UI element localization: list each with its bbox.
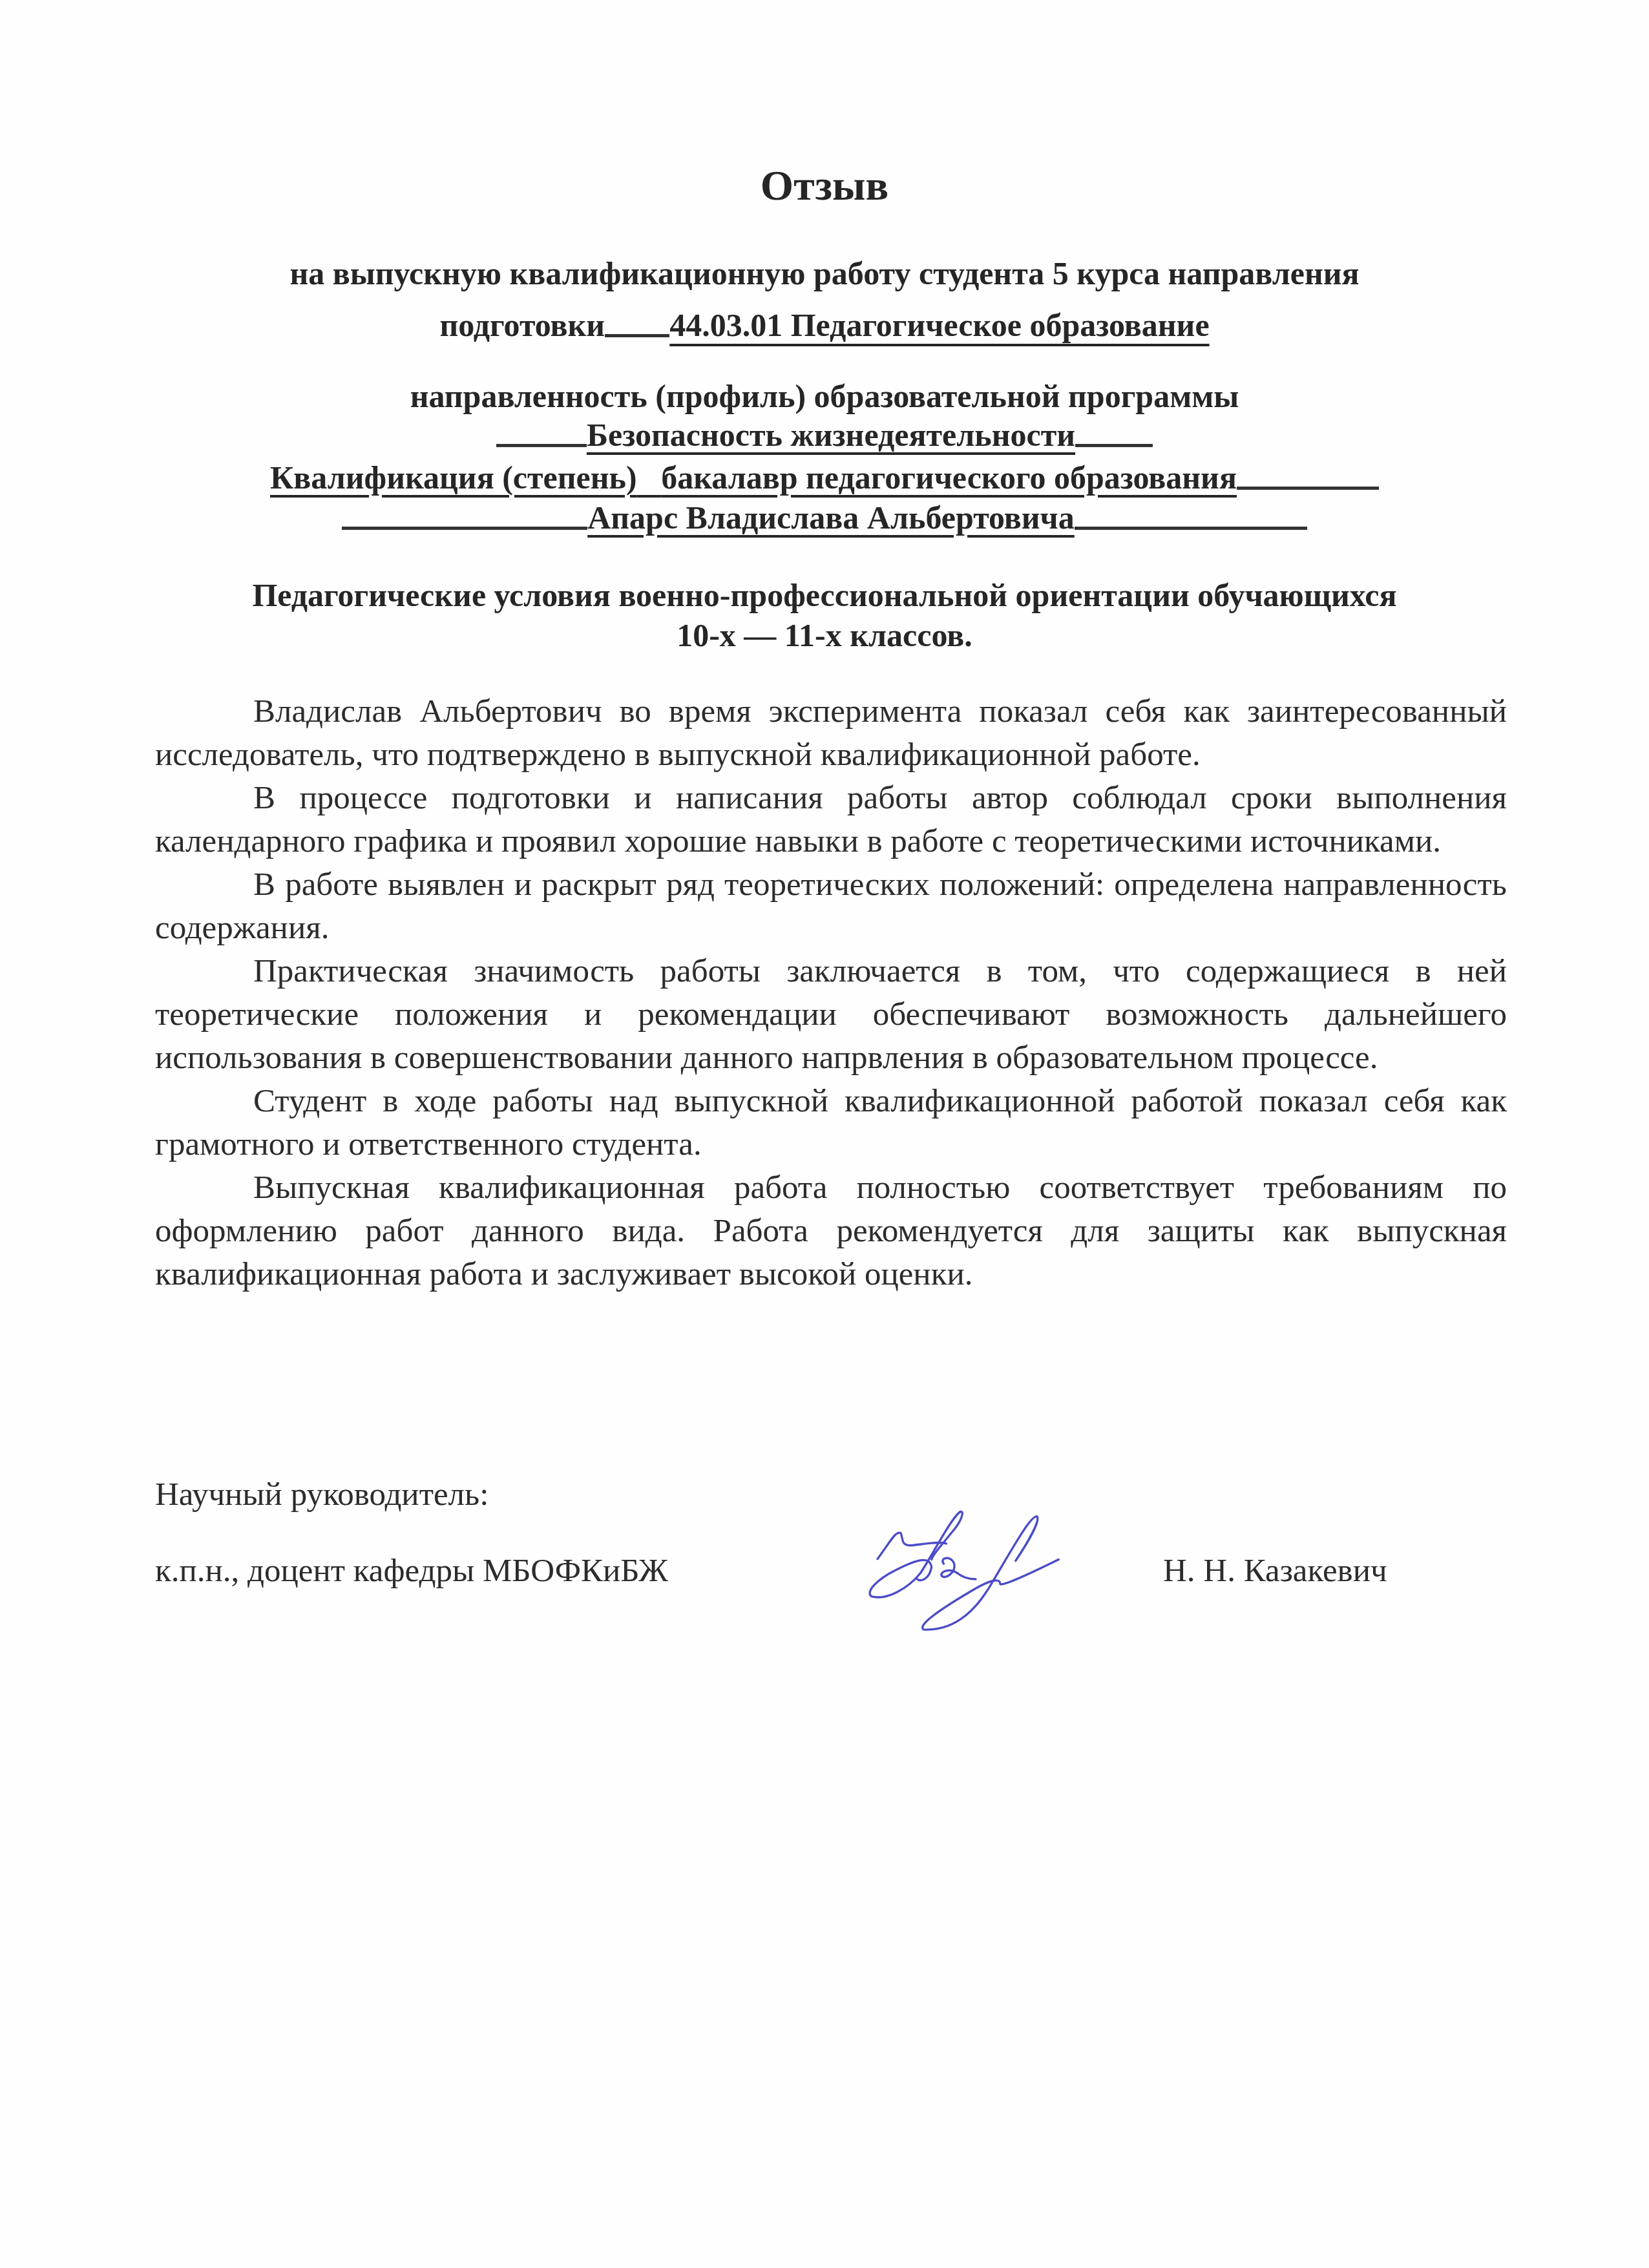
header-program-value: 44.03.01 Педагогическое образование [669,307,1209,343]
paragraph: Выпускная квалификационная работа полнос… [155,1166,1507,1296]
underline-blank [342,527,587,530]
supervisor-name: Н. Н. Казакевич [1163,1549,1387,1593]
header-line-1: на выпускную квалификационную работу сту… [0,253,1649,293]
paragraph: Студент в ходе работы над выпускной квал… [155,1080,1507,1166]
document-page: Отзыв на выпускную квалификационную рабо… [0,0,1649,2268]
header-qualification-value: бакалавр педагогического образования [661,459,1237,496]
paragraph: Владислав Альбертович во время экспериме… [155,690,1507,777]
header-line-3: направленность (профиль) образовательной… [0,376,1649,416]
header-line-6: Апарс Владислава Альбертовича [0,498,1649,538]
underline-blank [605,334,669,337]
header-line-4: Безопасность жизнедеятельности [0,415,1649,455]
supervisor-position: к.п.н., доцент кафедры МБОФКиБЖ [155,1549,668,1593]
review-body: Владислав Альбертович во время экспериме… [155,690,1507,1296]
underline-blank [1075,527,1307,530]
handwritten-signature-icon [853,1486,1098,1648]
document-title: Отзыв [0,160,1649,212]
header-profile-value: Безопасность жизнедеятельности [587,417,1075,453]
underline-blank [1075,444,1153,447]
paragraph: В процессе подготовки и написания работы… [155,777,1507,863]
supervisor-label: Научный руководитель: [155,1473,488,1517]
paragraph: В работе выявлен и раскрыт ряд теоретиче… [155,863,1507,950]
topic-line-1: Педагогические условия военно-профессион… [0,575,1649,615]
student-name: Апарс Владислава Альбертовича [587,499,1075,536]
paragraph: Практическая значимость работы заключает… [155,950,1507,1080]
topic-line-2: 10-х — 11-х классов. [0,615,1649,655]
header-line-5: Квалификация (степень) бакалавр педагоги… [0,457,1649,498]
underline-blank [496,444,587,447]
header-qualification-label: Квалификация (степень) [270,459,637,496]
underline-blank [1237,487,1379,490]
header-line-2: подготовки44.03.01 Педагогическое образо… [0,305,1649,345]
header-program-prefix: подготовки [439,307,605,343]
